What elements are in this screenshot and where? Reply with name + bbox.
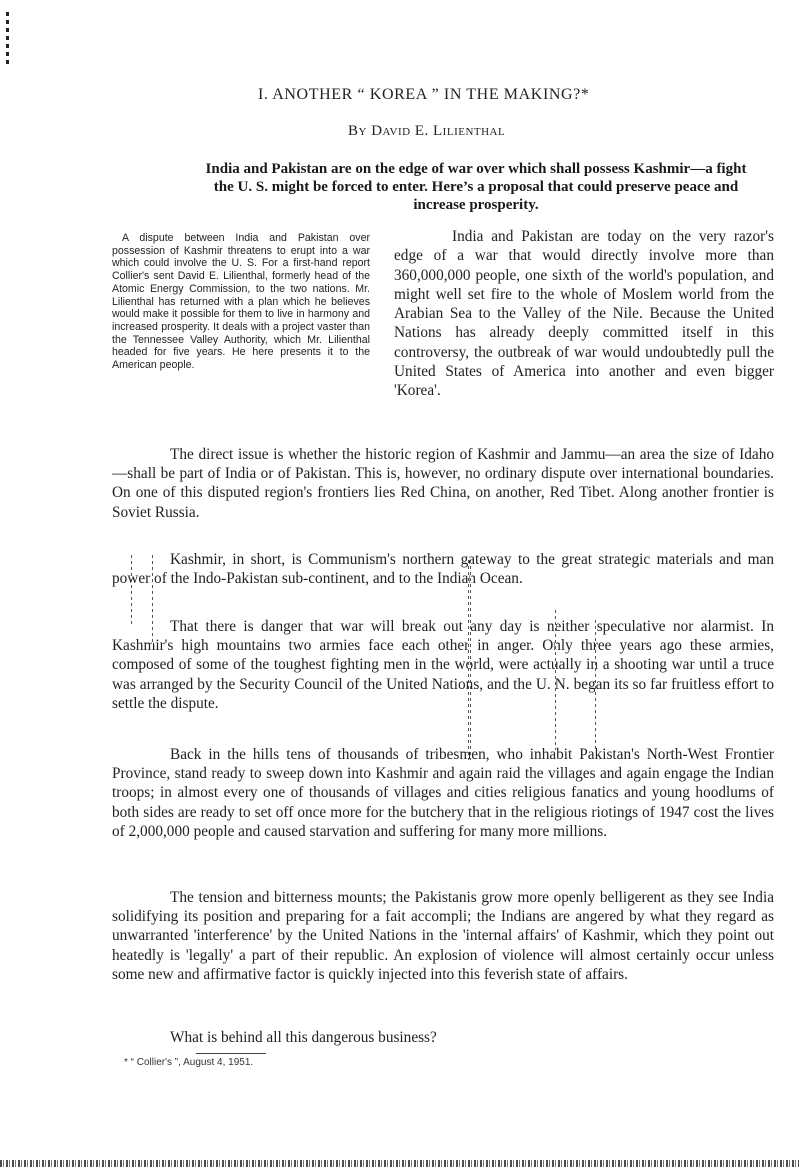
scan-artifact — [555, 610, 556, 750]
scan-artifact — [152, 555, 153, 645]
scan-artifact — [595, 620, 596, 750]
body-paragraph: What is behind all this dangerous busine… — [112, 1028, 774, 1047]
footnote-rule — [196, 1053, 266, 1054]
footnote: * “ Collier's ”, August 4, 1951. — [124, 1057, 253, 1068]
scan-artifact — [6, 12, 9, 67]
body-paragraph: That there is danger that war will break… — [112, 617, 774, 713]
paragraph-text: The tension and bitterness mounts; the P… — [112, 888, 774, 984]
paragraph-text: Kashmir, in short, is Communism's northe… — [112, 550, 774, 588]
lead-paragraph: India and Pakistan are today on the very… — [394, 227, 774, 401]
paragraph-text: Back in the hills tens of thousands of t… — [112, 745, 774, 841]
paragraph-text: The direct issue is whether the historic… — [112, 445, 774, 522]
scan-edge — [0, 1160, 799, 1167]
body-paragraph: Back in the hills tens of thousands of t… — [112, 745, 774, 841]
article-deck: India and Pakistan are on the edge of wa… — [196, 160, 756, 214]
editor-note: A dispute between India and Pakistan ove… — [112, 232, 370, 372]
scan-artifact — [468, 560, 469, 760]
byline: By David E. Lilienthal — [348, 123, 505, 140]
scan-artifact — [131, 555, 132, 625]
body-paragraph: The tension and bitterness mounts; the P… — [112, 888, 774, 984]
paragraph-text: What is behind all this dangerous busine… — [112, 1028, 774, 1047]
paragraph-text: That there is danger that war will break… — [112, 617, 774, 713]
body-paragraph: The direct issue is whether the historic… — [112, 445, 774, 522]
article-title: I. ANOTHER “ KOREA ” IN THE MAKING?* — [258, 86, 678, 104]
scan-artifact — [470, 560, 471, 760]
body-paragraph: Kashmir, in short, is Communism's northe… — [112, 550, 774, 588]
